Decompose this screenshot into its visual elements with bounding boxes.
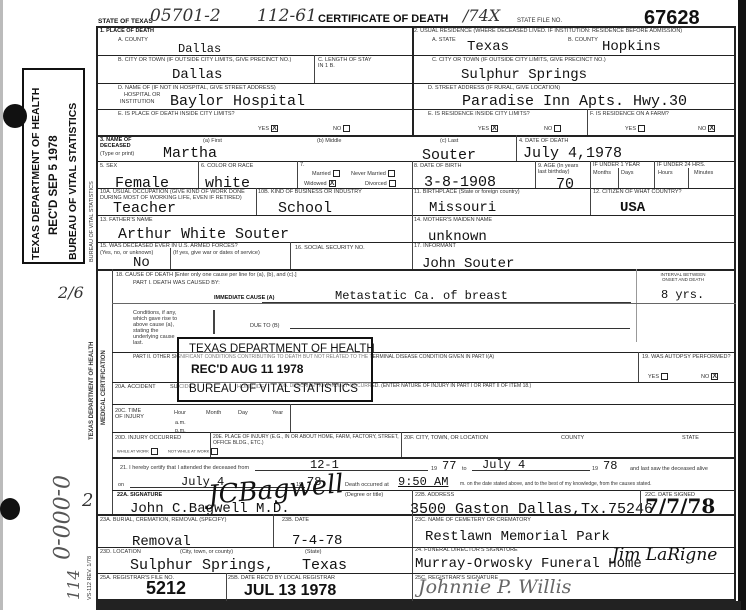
marital-label: 7.: [300, 162, 305, 168]
father-label: 13. FATHER'S NAME: [100, 217, 153, 223]
signature-label: 22a. SIGNATURE: [117, 492, 162, 498]
business: School: [278, 201, 332, 216]
res-inside-limits-label: e. IS RESIDENCE INSIDE CITY LIMITS?: [428, 111, 530, 117]
location-state-label: (State): [305, 549, 322, 555]
days-label: Days: [621, 170, 634, 176]
business-label: 10b. KIND OF BUSINESS OR INDUSTRY: [258, 189, 362, 195]
armed-forces: No: [133, 256, 150, 270]
burial-date: 7-4-78: [292, 534, 342, 548]
interval: 8 yrs.: [661, 289, 704, 301]
row-line: [97, 109, 736, 110]
col-line: [170, 248, 171, 269]
autopsy-yes[interactable]: YES: [648, 373, 668, 380]
cause-label: 18. CAUSE OF DEATH [Enter only one cause…: [116, 272, 297, 278]
checkbox-married[interactable]: [333, 170, 340, 177]
residence-state: Texas: [467, 40, 509, 54]
col-line: [412, 188, 413, 215]
citizen: USA: [620, 201, 645, 215]
checkbox-yes[interactable]: X: [491, 125, 498, 132]
on-label: on: [118, 482, 124, 488]
death-city-label: b. CITY OR TOWN (If outside city limits,…: [118, 57, 291, 63]
residence-street: Paradise Inn Apts. Hwy.30: [462, 94, 687, 109]
birthplace: Missouri: [429, 201, 496, 215]
address-label: 22b. ADDRESS: [415, 492, 454, 498]
death-time: 9:50 AM: [398, 476, 448, 488]
col-line: [590, 161, 591, 188]
first-name-label: (a) First: [203, 138, 222, 144]
checkbox-no[interactable]: [343, 125, 350, 132]
months-label: Months: [593, 170, 611, 176]
widowed-option[interactable]: WidowedX: [304, 180, 336, 187]
res-inside-yes[interactable]: YESX: [478, 125, 498, 132]
burial-date-label: 23b. DATE: [282, 517, 309, 523]
col-line: [587, 109, 588, 135]
sex-label: 5. SEX: [100, 163, 117, 169]
margin-bureau-text: BUREAU OF VITAL STATISTICS: [89, 181, 95, 262]
director-signature: Jim LaRigne: [612, 545, 717, 565]
checkbox-no[interactable]: X: [708, 125, 715, 132]
location-label: 23d. LOCATION: [100, 549, 141, 555]
left-edge: [0, 0, 3, 610]
attended-from-year: 77: [442, 460, 456, 472]
bottom-edge: [96, 601, 741, 610]
married-option[interactable]: Married: [312, 170, 340, 177]
residence-city: Sulphur Springs: [461, 68, 587, 82]
location-city-label: (City, town, or county): [180, 549, 233, 555]
race-label: 6. COLOR OR RACE: [201, 163, 253, 169]
injury-state-label: STATE: [682, 435, 699, 441]
death-at-label: Death occurred at: [345, 482, 389, 488]
form-number: VS-112 REV. 1/78: [87, 556, 93, 600]
stamp-center-line3: BUREAU OF VITAL STATISTICS: [189, 383, 358, 395]
checkbox-not-work[interactable]: [211, 448, 218, 455]
row-line: [97, 269, 736, 271]
institution-label-3: INSTITUTION: [120, 99, 155, 105]
checkbox-yes[interactable]: X: [271, 125, 278, 132]
institution-label-2: HOSPITAL OR: [124, 92, 160, 98]
row-line: [97, 161, 736, 162]
location-city: Sulphur Springs,: [130, 558, 274, 573]
institution-label-1: d. NAME OF (If not in hospital, give str…: [118, 85, 276, 91]
am-label: a.m.: [175, 420, 186, 426]
birthplace-label: 11. BIRTHPLACE (State or foreign country…: [414, 189, 520, 195]
county-label: a. COUNTY: [118, 37, 148, 43]
last-saw-text: and last saw the deceased alive: [630, 466, 708, 472]
day-label: Day: [238, 410, 248, 416]
due-to-line: [290, 328, 630, 329]
degree-label: (Degree or title): [345, 492, 383, 498]
row-line: [97, 215, 736, 216]
margin-hand-4: 114: [64, 569, 83, 600]
col-line: [401, 432, 402, 457]
col-line: [412, 161, 413, 188]
state-file-number: 67628: [644, 7, 700, 30]
autopsy-no[interactable]: NOX: [701, 373, 718, 380]
col-line: [297, 161, 298, 188]
col-line: [290, 404, 291, 432]
informant-label: 17. INFORMANT: [414, 243, 456, 249]
stamp-left-line1: TEXAS DEPARTMENT OF HEALTH: [30, 88, 42, 260]
month-label: Month: [206, 410, 221, 416]
age: 70: [556, 177, 574, 192]
received-stamp-left: TEXAS DEPARTMENT OF HEALTH REC'D SEP 5 1…: [22, 68, 85, 264]
while-at-work[interactable]: WHILE AT WORK: [117, 448, 158, 455]
col-line: [412, 514, 413, 601]
death-city: Dallas: [172, 68, 222, 82]
institution-name: Baylor Hospital: [170, 94, 305, 109]
file-no-label: STATE FILE NO.: [517, 18, 562, 25]
never-married-option[interactable]: Never Married: [351, 170, 395, 177]
middle-name-label: (b) Middle: [317, 138, 341, 144]
year-prefix-2: 19: [592, 466, 598, 472]
checkbox-yes[interactable]: [638, 125, 645, 132]
street-label: d. STREET ADDRESS (If rural, give locati…: [428, 85, 560, 91]
checkbox-no[interactable]: X: [711, 373, 718, 380]
father-name: Arthur White Souter: [118, 227, 289, 242]
checkbox-never-married[interactable]: [388, 170, 395, 177]
occupation: Teacher: [113, 201, 176, 216]
col-line: [256, 188, 257, 215]
funeral-home: Murray-Orwosky Funeral Home: [415, 557, 642, 571]
burial-label: 23a. BURIAL, CREMATION, REMOVAL (Specify…: [100, 517, 226, 523]
farm-no[interactable]: NOX: [698, 125, 715, 132]
col-line: [638, 352, 639, 382]
col-line: [314, 55, 315, 83]
col-line: [636, 269, 637, 342]
to-label: to: [462, 466, 467, 472]
checkbox-no[interactable]: [554, 125, 561, 132]
main-column-divider: [412, 27, 414, 135]
cert-text: 21. I hereby certify that I attended the…: [120, 465, 249, 471]
handwritten-number-1: 05701-2: [150, 6, 221, 26]
ssn-label: 16. SOCIAL SECURITY NO.: [295, 245, 365, 251]
col-line: [640, 490, 641, 514]
col-line: [210, 432, 211, 457]
row-line: [97, 514, 736, 516]
right-shadow-edge: [738, 0, 746, 610]
name-label: 3. NAME OF DECEASED: [100, 137, 145, 149]
row-line: [97, 83, 736, 84]
medical-cert-text: MEDICAL CERTIFICATION: [101, 350, 107, 425]
part1-label: PART I. DEATH WAS CAUSED BY:: [133, 280, 220, 286]
immediate-cause-label: IMMEDIATE CAUSE (a): [214, 295, 274, 301]
residence-city-label: c. CITY OR TOWN (If outside city limits,…: [432, 57, 606, 63]
col-line: [590, 188, 591, 215]
year-label: Year: [272, 410, 283, 416]
length-of-stay-label: c. LENGTH OF STAY in 1 b.: [318, 57, 378, 69]
col-line: [654, 161, 655, 188]
inside-limits-no[interactable]: NO: [333, 125, 350, 132]
checkbox-yes[interactable]: [661, 373, 668, 380]
received-stamp-center: TEXAS DEPARTMENT OF HEALTH REC'D AUG 11 …: [177, 337, 373, 402]
date-of-death: July 4,1978: [523, 146, 622, 161]
col-line: [226, 573, 227, 601]
residence-county: Hopkins: [602, 40, 661, 54]
under-1-year-label: IF UNDER 1 YEAR: [593, 162, 640, 168]
row-line: [97, 55, 736, 56]
interval-label: INTERVAL BETWEEN ONSET AND DEATH: [658, 273, 708, 283]
hour-label: Hour: [174, 410, 186, 416]
stamp-left-line2: REC'D SEP 5 1978: [48, 135, 60, 235]
stamp-left-line3: BUREAU OF VITAL STATISTICS: [67, 103, 79, 260]
due-to-label: DUE TO (b): [250, 323, 279, 329]
date-of-death-label: 4. DATE OF DEATH: [519, 138, 568, 144]
name-sub-label: (Type or print): [100, 151, 134, 157]
margin-hand-3: 2: [82, 490, 93, 511]
received-label: 25b. DATE REC'D BY LOCAL REGISTRAR: [228, 575, 335, 581]
death-county: Dallas: [178, 43, 221, 55]
state-label: STATE OF TEXAS: [98, 18, 153, 25]
bracket: [213, 310, 215, 334]
col-line: [535, 161, 536, 188]
mother-label: 14. MOTHER'S MAIDEN NAME: [414, 217, 492, 223]
checkbox-while-work[interactable]: [151, 448, 158, 455]
registrar-file-no: 5212: [146, 578, 186, 599]
residence-county-label: b. COUNTY: [568, 37, 598, 43]
date-received: JUL 13 1978: [244, 582, 336, 600]
death-text: m. on the date stated above, and to the …: [460, 482, 652, 488]
stamp-center-line1: TEXAS DEPARTMENT OF HEALTH: [189, 343, 375, 355]
handwritten-number-2: 112-61: [257, 6, 317, 26]
inside-limits-label: e. IS PLACE OF DEATH INSIDE CITY LIMITS?: [118, 111, 235, 117]
inside-limits-yes[interactable]: YESX: [258, 125, 278, 132]
handwritten-number-3: /74X: [463, 6, 500, 25]
first-name: Martha: [163, 146, 217, 161]
place-of-injury-label: 20e. PLACE OF INJURY (e.g., in or about …: [213, 435, 403, 446]
armed-service-label: (If yes, give war or dates of service): [173, 250, 260, 256]
conditions-label: Conditions, if any, which gave rise to a…: [133, 310, 181, 346]
location-state: Texas: [302, 558, 347, 573]
res-inside-no[interactable]: NO: [544, 125, 561, 132]
place-of-death-label: 1. PLACE OF DEATH: [100, 28, 154, 34]
col-line: [688, 168, 689, 188]
row-line: [112, 432, 736, 433]
col-line: [516, 135, 517, 161]
col-line: [273, 514, 274, 547]
hole-punch-bottom: [0, 498, 20, 520]
medical-column-line: [112, 269, 113, 514]
injury-occurred-label: 20d. INJURY OCCURRED: [115, 435, 181, 441]
citizen-label: 12. CITIZEN OF WHAT COUNTRY?: [593, 189, 682, 195]
injury-location-label: 20f. CITY, TOWN, OR LOCATION: [404, 435, 488, 441]
margin-dept-text: TEXAS DEPARTMENT OF HEALTH: [89, 342, 95, 440]
attended-to-date: July 4: [482, 459, 525, 471]
attended-to-year: 78: [603, 460, 617, 472]
margin-hand-2: 0-000-0: [47, 475, 72, 560]
farm-yes[interactable]: YES: [625, 125, 645, 132]
registrar-signature: Johnnie P. Willis: [418, 576, 571, 598]
row-line: [112, 457, 736, 459]
col-line: [290, 242, 291, 269]
row-line: [112, 404, 736, 405]
divorced-option[interactable]: Divorced: [365, 180, 396, 187]
col-line: [618, 168, 619, 188]
col-line: [198, 161, 199, 188]
margin-hand-1: 2/6: [58, 283, 84, 302]
time-of-injury-label: 20c. TIME OF INJURY: [115, 408, 145, 420]
stamp-center-line2: REC'D AUG 11 1978: [191, 362, 303, 376]
accident-label: 20a. ACCIDENT: [115, 384, 156, 390]
checkbox-divorced[interactable]: [389, 180, 396, 187]
hours-label: Hours: [658, 170, 673, 176]
director-label: 24. FUNERAL DIRECTOR'S SIGNATURE: [415, 547, 518, 553]
row-line: [97, 135, 736, 137]
immediate-cause: Metastatic Ca. of breast: [335, 290, 508, 302]
certificate-title: CERTIFICATE OF DEATH: [318, 13, 448, 25]
cemetery-label: 23c. NAME OF CEMETERY OR CREMATORY: [415, 517, 531, 523]
checkbox-widowed[interactable]: X: [329, 180, 336, 187]
farm-label: f. IS RESIDENCE ON A FARM?: [590, 111, 669, 117]
residence-state-label: a. STATE: [432, 37, 456, 43]
year-prefix: 19: [431, 466, 437, 472]
minutes-label: Minutes: [694, 170, 713, 176]
row-line: [112, 490, 736, 491]
age-label: 9. AGE (In years last birthday): [538, 163, 582, 175]
row-line: [112, 303, 736, 304]
dob-label: 8. DATE OF BIRTH: [414, 163, 461, 169]
cemetery: Restlawn Memorial Park: [425, 530, 610, 544]
injury-county-label: COUNTY: [561, 435, 584, 441]
last-name-label: (c) Last: [440, 138, 458, 144]
row-line: [97, 573, 736, 574]
under-24-hrs-label: IF UNDER 24 HRS.: [657, 162, 705, 168]
residence-label: 2. USUAL RESIDENCE (Where deceased lived…: [414, 28, 682, 34]
autopsy-label: 19. WAS AUTOPSY PERFORMED?: [642, 354, 732, 360]
armed-forces-label: 15. WAS DECEASED EVER IN U.S. ARMED FORC…: [100, 243, 238, 249]
